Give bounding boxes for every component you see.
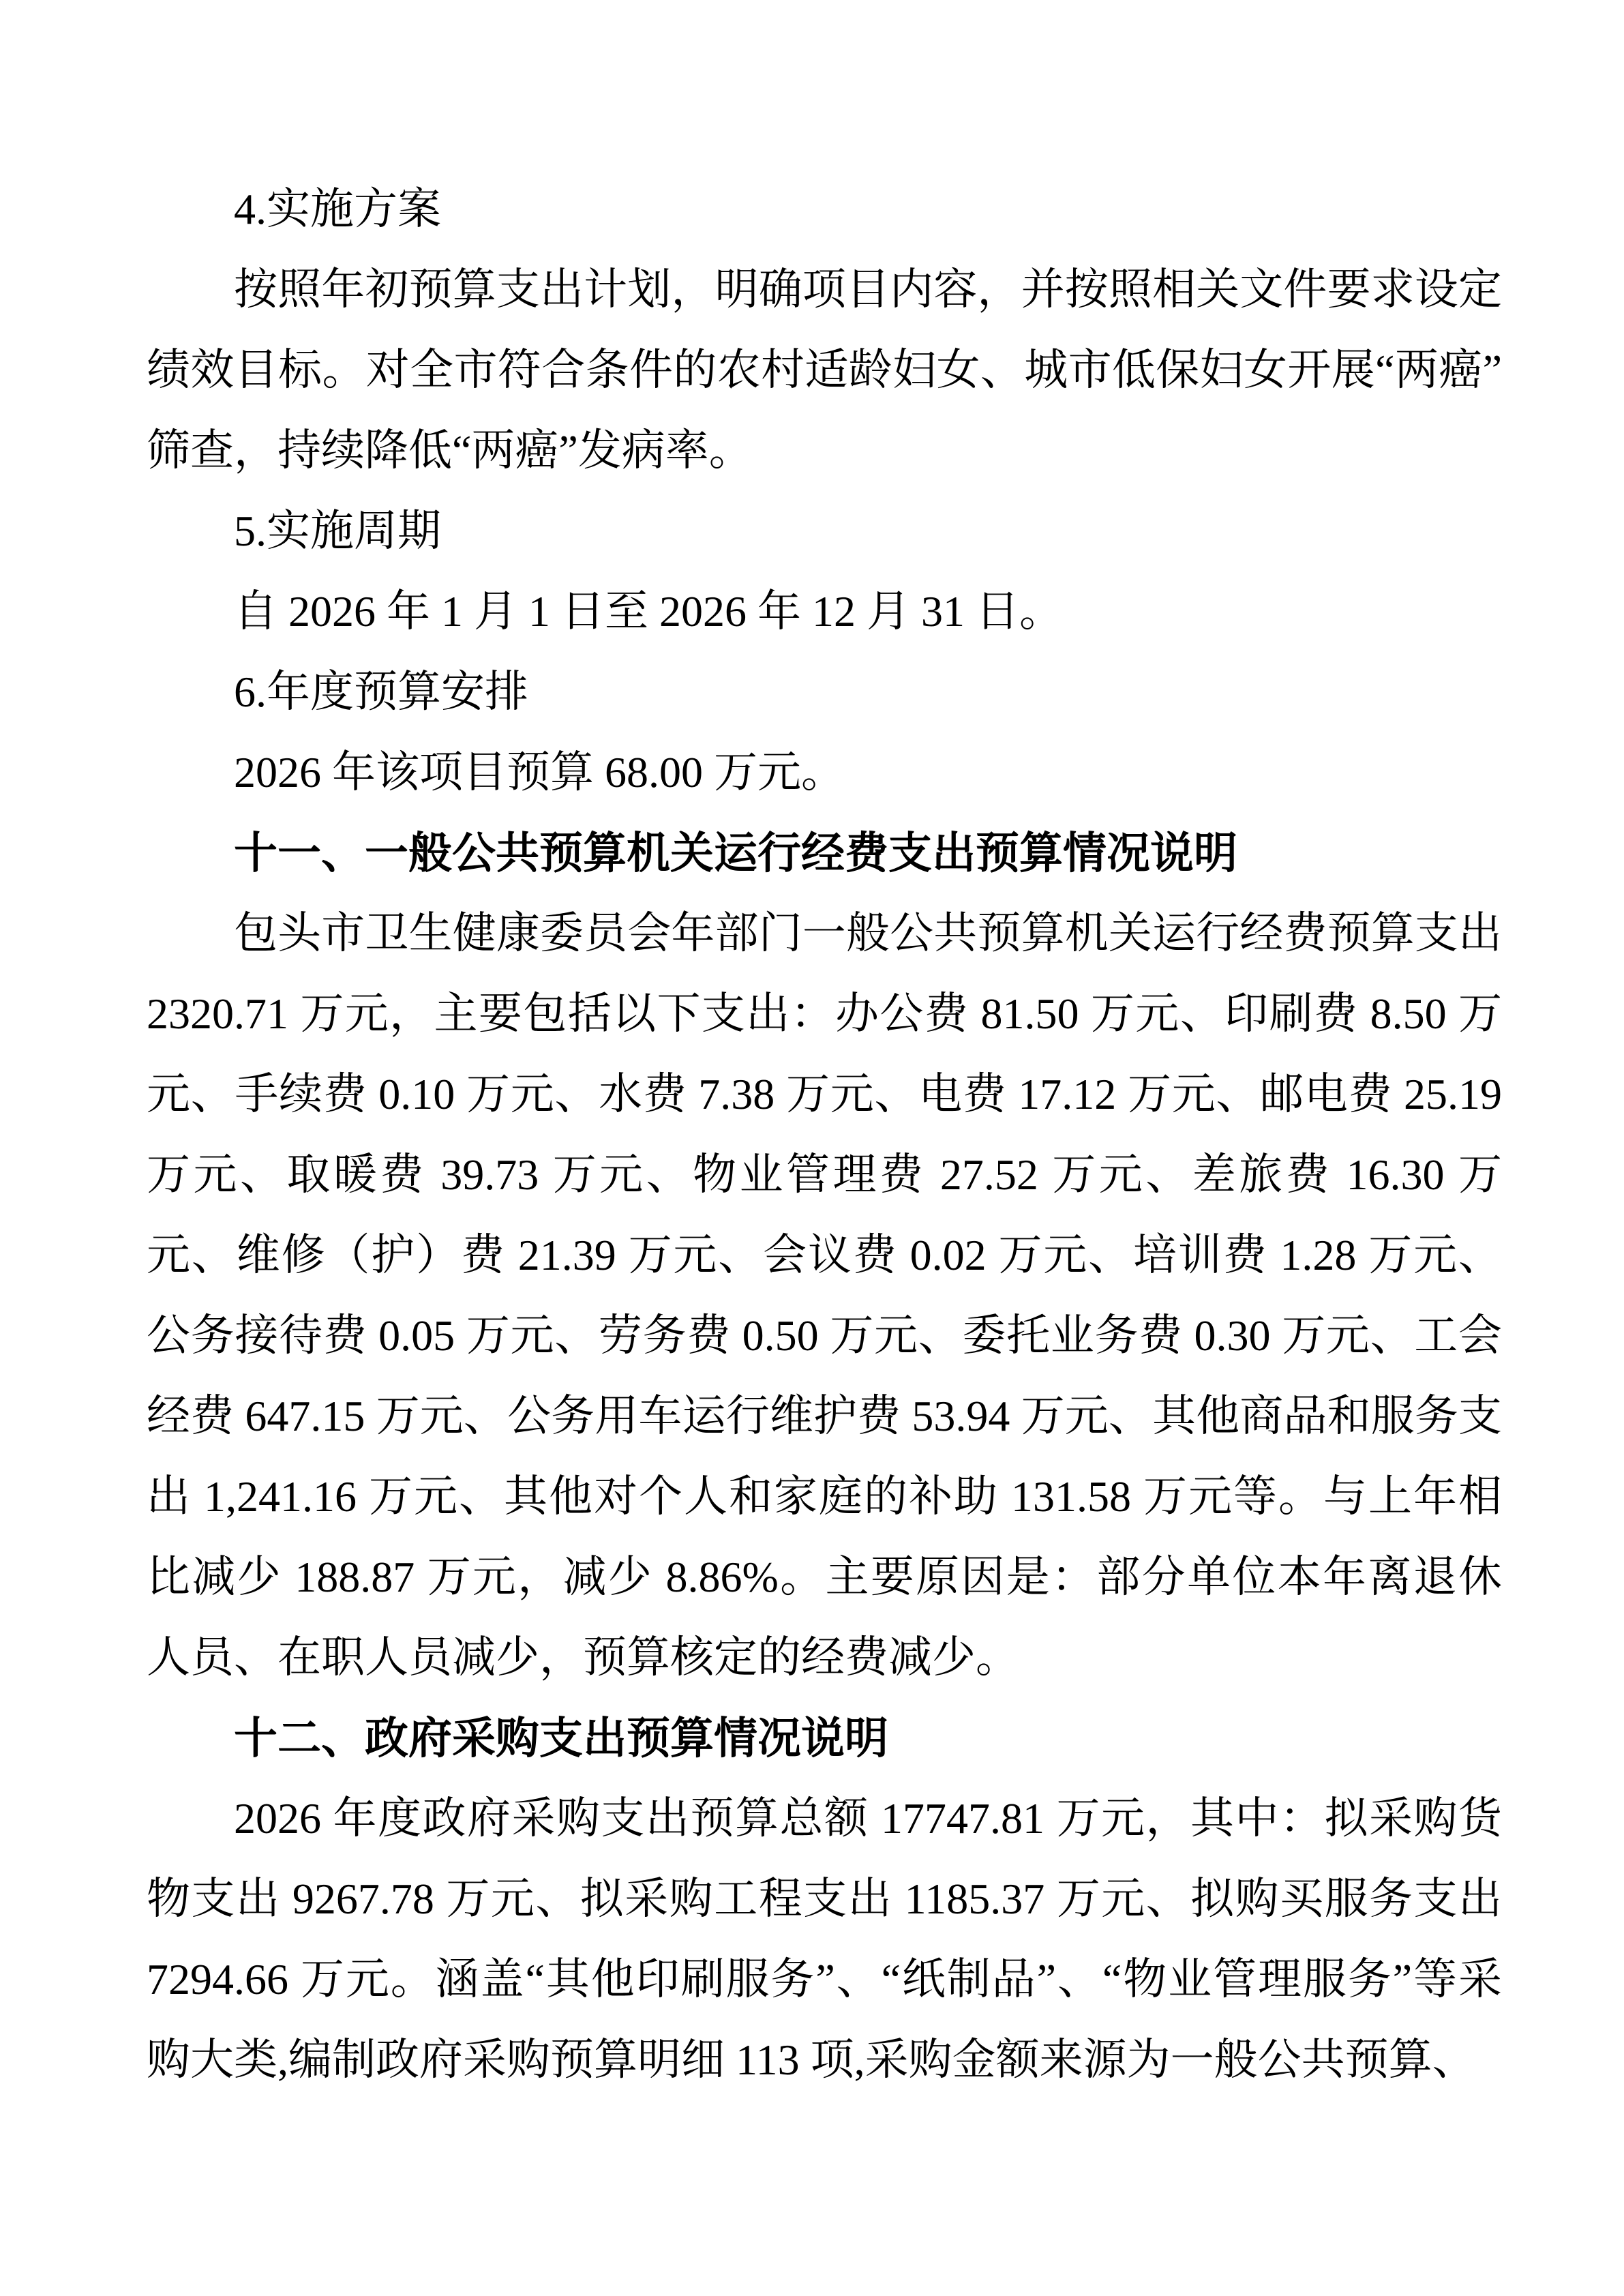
paragraph-operating-expenses-body: 包头市卫生健康委员会年部门一般公共预算机关运行经费预算支出 2320.71 万元…	[147, 893, 1502, 1698]
paragraph-implementation-period-title: 5.实施周期	[147, 491, 1502, 571]
paragraph-annual-budget-title: 6.年度预算安排	[147, 652, 1502, 732]
paragraph-implementation-plan-body: 按照年初预算支出计划，明确项目内容，并按照相关文件要求设定绩效目标。对全市符合条…	[147, 250, 1502, 491]
section-heading-eleven: 十一、一般公共预算机关运行经费支出预算情况说明	[147, 813, 1502, 893]
document-page: 4.实施方案 按照年初预算支出计划，明确项目内容，并按照相关文件要求设定绩效目标…	[0, 0, 1624, 2296]
paragraph-procurement-body: 2026 年度政府采购支出预算总额 17747.81 万元，其中：拟采购货物支出…	[147, 1778, 1502, 2100]
paragraph-annual-budget-body: 2026 年该项目预算 68.00 万元。	[147, 732, 1502, 813]
document-body: 4.实施方案 按照年初预算支出计划，明确项目内容，并按照相关文件要求设定绩效目标…	[147, 169, 1502, 2100]
paragraph-implementation-plan-title: 4.实施方案	[147, 169, 1502, 250]
section-heading-twelve: 十二、政府采购支出预算情况说明	[147, 1698, 1502, 1778]
paragraph-implementation-period-body: 自 2026 年 1 月 1 日至 2026 年 12 月 31 日。	[147, 571, 1502, 652]
